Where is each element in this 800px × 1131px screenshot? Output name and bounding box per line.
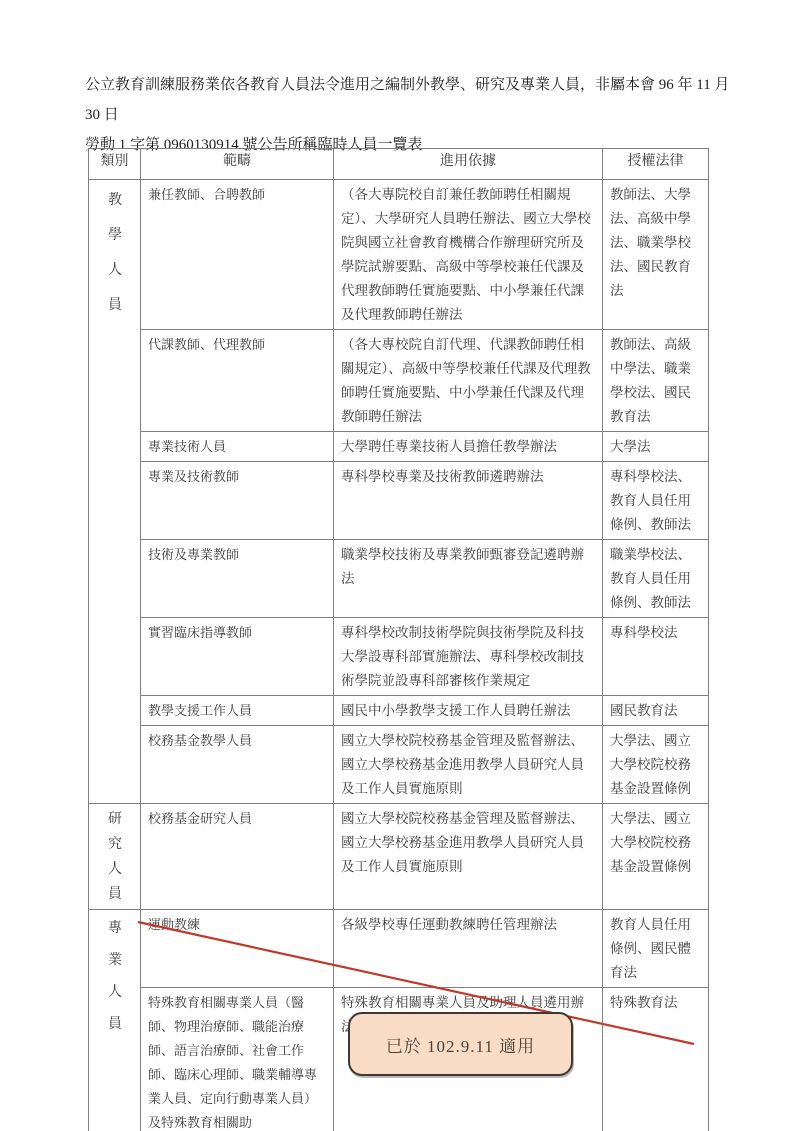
basis-cell: 專科學校改制技術學院與技術學院及科技大學設專科部實施辦法、專科學校改制技術學院並… — [334, 618, 603, 696]
scope-cell: 實習臨床指導教師 — [141, 618, 334, 696]
basis-cell: 大學聘任專業技術人員擔任教學辦法 — [334, 432, 603, 462]
law-cell: 教師法、高級中學法、職業學校法、國民教育法 — [603, 330, 709, 432]
basis-cell: （各大專校院自訂代理、代課教師聘任相關規定）、高級中等學校兼任代課及代理教師聘任… — [334, 330, 603, 432]
law-cell: 大學法、國立大學校院校務基金設置條例 — [603, 726, 709, 804]
scope-cell: 特殊教育相關專業人員（醫師、物理治療師、職能治療師、語言治療師、社會工作師、臨床… — [141, 988, 334, 1131]
category-cell-professional: 專 業 人 員 — [89, 910, 141, 1131]
basis-cell: 國立大學校院校務基金管理及監督辦法、國立大學校務基金進用教學人員研究人員及工作人… — [334, 804, 603, 910]
column-header-basis: 進用依據 — [334, 149, 603, 180]
category-cell-research: 研 究 人 員 — [89, 804, 141, 910]
scope-cell: 技術及專業教師 — [141, 540, 334, 618]
basis-cell: 國立大學校院校務基金管理及監督辦法、國立大學校務基金進用教學人員研究人員及工作人… — [334, 726, 603, 804]
column-header-scope: 範疇 — [141, 149, 334, 180]
scope-cell: 代課教師、代理教師 — [141, 330, 334, 432]
table-row: 實習臨床指導教師 專科學校改制技術學院與技術學院及科技大學設專科部實施辦法、專科… — [89, 618, 709, 696]
table-row: 專業及技術教師 專科學校專業及技術教師遴聘辦法 專科學校法、教育人員任用條例、教… — [89, 462, 709, 540]
header-row: 類別 範疇 進用依據 授權法律 — [89, 149, 709, 180]
scope-cell: 校務基金研究人員 — [141, 804, 334, 910]
law-cell: 教育人員任用條例、國民體育法 — [603, 910, 709, 988]
basis-cell: 專科學校專業及技術教師遴聘辦法 — [334, 462, 603, 540]
table-row: 技術及專業教師 職業學校技術及專業教師甄審登記遴聘辦法 職業學校法、教育人員任用… — [89, 540, 709, 618]
law-cell: 大學法 — [603, 432, 709, 462]
document-page: 公立教育訓練服務業依各教育人員法令進用之編制外教學、研究及專業人員，非屬本會 9… — [0, 0, 800, 1131]
column-header-category: 類別 — [89, 149, 141, 180]
scope-cell: 教學支援工作人員 — [141, 696, 334, 726]
table-row: 專業技術人員 大學聘任專業技術人員擔任教學辦法 大學法 — [89, 432, 709, 462]
basis-cell: （各大專院校自訂兼任教師聘任相關規定）、大學研究人員聘任辦法、國立大學校院與國立… — [334, 180, 603, 330]
scope-cell: 專業技術人員 — [141, 432, 334, 462]
law-cell: 國民教育法 — [603, 696, 709, 726]
approval-stamp: 已於 102.9.11 適用 — [348, 1012, 573, 1076]
basis-cell: 各級學校專任運動教練聘任管理辦法 — [334, 910, 603, 988]
scope-cell: 校務基金教學人員 — [141, 726, 334, 804]
law-cell: 專科學校法 — [603, 618, 709, 696]
document-title: 公立教育訓練服務業依各教育人員法令進用之編制外教學、研究及專業人員，非屬本會 9… — [85, 70, 733, 160]
table-row: 教 學 人 員 兼任教師、合聘教師 （各大專院校自訂兼任教師聘任相關規定）、大學… — [89, 180, 709, 330]
personnel-table: 類別 範疇 進用依據 授權法律 教 學 人 員 兼任教師、合聘教師 （各大專院校… — [88, 148, 709, 1131]
scope-cell: 運動教練 — [141, 910, 334, 988]
table-row: 專 業 人 員 運動教練 各級學校專任運動教練聘任管理辦法 教育人員任用條例、國… — [89, 910, 709, 988]
law-cell: 職業學校法、教育人員任用條例、教師法 — [603, 540, 709, 618]
table-row: 研 究 人 員 校務基金研究人員 國立大學校院校務基金管理及監督辦法、國立大學校… — [89, 804, 709, 910]
basis-cell: 職業學校技術及專業教師甄審登記遴聘辦法 — [334, 540, 603, 618]
table-row: 教學支援工作人員 國民中小學教學支援工作人員聘任辦法 國民教育法 — [89, 696, 709, 726]
table-row: 校務基金教學人員 國立大學校院校務基金管理及監督辦法、國立大學校務基金進用教學人… — [89, 726, 709, 804]
law-cell: 專科學校法、教育人員任用條例、教師法 — [603, 462, 709, 540]
law-cell: 特殊教育法 — [603, 988, 709, 1131]
category-cell-teaching: 教 學 人 員 — [89, 180, 141, 804]
scope-cell: 兼任教師、合聘教師 — [141, 180, 334, 330]
column-header-law: 授權法律 — [603, 149, 709, 180]
table-row: 代課教師、代理教師 （各大專校院自訂代理、代課教師聘任相關規定）、高級中等學校兼… — [89, 330, 709, 432]
law-cell: 教師法、大學法、高級中學法、職業學校法、國民教育法 — [603, 180, 709, 330]
basis-cell: 國民中小學教學支援工作人員聘任辦法 — [334, 696, 603, 726]
law-cell: 大學法、國立大學校院校務基金設置條例 — [603, 804, 709, 910]
scope-cell: 專業及技術教師 — [141, 462, 334, 540]
stamp-label: 已於 102.9.11 適用 — [386, 1032, 535, 1057]
